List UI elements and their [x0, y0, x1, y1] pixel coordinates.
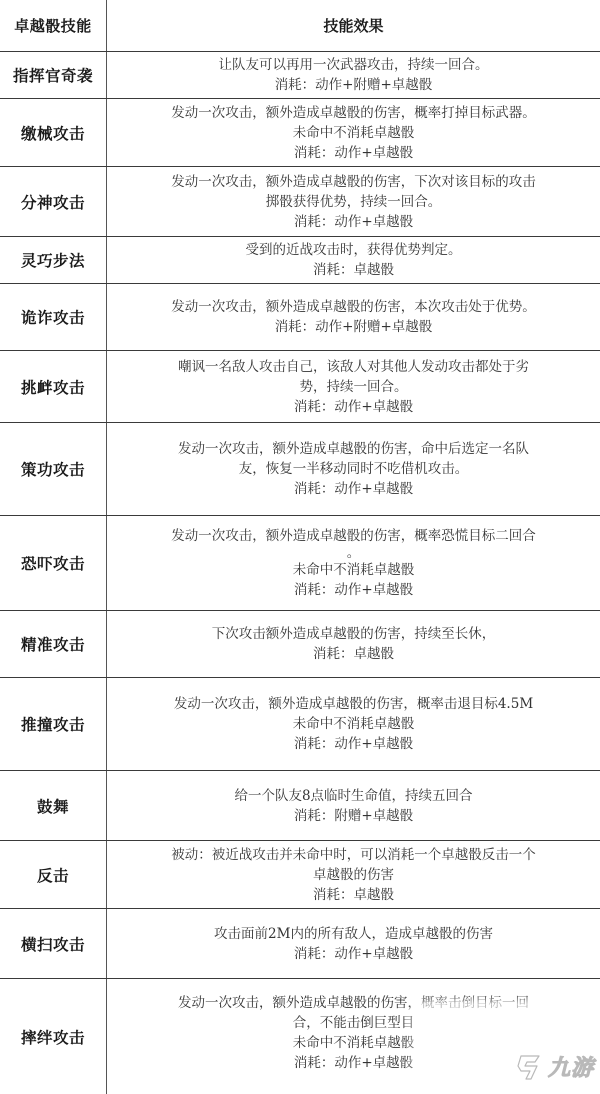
effect-line: 未命中不消耗卓越骰	[293, 714, 415, 734]
cost-line: 消耗：动作+卓越骰	[294, 1053, 413, 1073]
cost-line: 消耗：动作+卓越骰	[294, 944, 413, 964]
skill-effect: 发动一次攻击，额外造成卓越骰的伤害，下次对该目标的攻击 掷骰获得优势，持续一回合…	[107, 167, 600, 236]
effect-line: 势，持续一回合。	[300, 377, 408, 397]
cost-line: 消耗：动作+卓越骰	[294, 143, 413, 163]
skill-name: 恐吓攻击	[0, 516, 107, 610]
table-row: 分神攻击 发动一次攻击，额外造成卓越骰的伤害，下次对该目标的攻击 掷骰获得优势，…	[0, 167, 600, 237]
header-skill-name: 卓越骰技能	[0, 0, 107, 51]
skill-effect: 发动一次攻击，额外造成卓越骰的伤害，命中后选定一名队 友，恢复一半移动同时不吃借…	[107, 423, 600, 515]
skill-effect: 下次攻击额外造成卓越骰的伤害，持续至长休， 消耗：卓越骰	[107, 611, 600, 677]
cost-line: 消耗：动作+卓越骰	[294, 397, 413, 417]
watermark-overlay: 九游	[420, 1005, 600, 1094]
effect-line: 被动：被近战攻击并未命中时，可以消耗一个卓越骰反击一个	[171, 845, 536, 865]
table-row: 恐吓攻击 发动一次攻击，额外造成卓越骰的伤害，概率恐慌目标二回合 。 未命中不消…	[0, 516, 600, 611]
effect-line: 发动一次攻击，额外造成卓越骰的伤害，概率击退目标4.5M	[174, 694, 533, 714]
cost-line: 消耗：动作+附赠+卓越骰	[275, 75, 433, 95]
skill-effect: 发动一次攻击，额外造成卓越骰的伤害，概率击退目标4.5M 未命中不消耗卓越骰 消…	[107, 678, 600, 770]
table-row: 推撞攻击 发动一次攻击，额外造成卓越骰的伤害，概率击退目标4.5M 未命中不消耗…	[0, 678, 600, 771]
skill-name: 横扫攻击	[0, 909, 107, 978]
skill-name: 灵巧步法	[0, 237, 107, 283]
effect-line: 合，不能击倒巨型目	[293, 1013, 415, 1033]
effect-line: 攻击面前2M内的所有敌人，造成卓越骰的伤害	[214, 924, 493, 944]
cost-line: 消耗：卓越骰	[313, 644, 394, 664]
effect-line: 发动一次攻击，额外造成卓越骰的伤害，下次对该目标的攻击	[171, 172, 536, 192]
watermark-text: 九游	[548, 1051, 594, 1082]
skill-effect: 发动一次攻击，额外造成卓越骰的伤害，概率恐慌目标二回合 。 未命中不消耗卓越骰 …	[107, 516, 600, 610]
table-row: 横扫攻击 攻击面前2M内的所有敌人，造成卓越骰的伤害 消耗：动作+卓越骰	[0, 909, 600, 979]
skill-name: 分神攻击	[0, 167, 107, 236]
table-row: 指挥官奇袭 让队友可以再用一次武器攻击，持续一回合。 消耗：动作+附赠+卓越骰	[0, 52, 600, 99]
skill-effect: 嘲讽一名敌人攻击自己，该敌人对其他人发动攻击都处于劣 势，持续一回合。 消耗：动…	[107, 351, 600, 422]
table-row: 挑衅攻击 嘲讽一名敌人攻击自己，该敌人对其他人发动攻击都处于劣 势，持续一回合。…	[0, 351, 600, 423]
skill-name: 精准攻击	[0, 611, 107, 677]
table-row: 鼓舞 给一个队友8点临时生命值，持续五回合 消耗：附赠+卓越骰	[0, 771, 600, 841]
table-row: 策功攻击 发动一次攻击，额外造成卓越骰的伤害，命中后选定一名队 友，恢复一半移动…	[0, 423, 600, 516]
effect-line: 发动一次攻击，额外造成卓越骰的伤害，命中后选定一名队	[178, 439, 529, 459]
skill-name: 指挥官奇袭	[0, 52, 107, 98]
skill-name: 鼓舞	[0, 771, 107, 840]
skill-effect: 给一个队友8点临时生命值，持续五回合 消耗：附赠+卓越骰	[107, 771, 600, 840]
cost-line: 消耗：动作+附赠+卓越骰	[275, 317, 433, 337]
watermark-logo: 九游	[515, 1051, 594, 1082]
skill-name: 诡诈攻击	[0, 284, 107, 350]
cost-line: 消耗：动作+卓越骰	[294, 580, 413, 600]
effect-line: 受到的近战攻击时，获得优势判定。	[246, 240, 462, 260]
skill-name: 策功攻击	[0, 423, 107, 515]
cost-line: 消耗：动作+卓越骰	[294, 479, 413, 499]
skill-name: 缴械攻击	[0, 99, 107, 166]
effect-line: 给一个队友8点临时生命值，持续五回合	[234, 786, 472, 806]
skill-name: 反击	[0, 841, 107, 908]
effect-line: 卓越骰的伤害	[313, 865, 394, 885]
table-row: 灵巧步法 受到的近战攻击时，获得优势判定。 消耗：卓越骰	[0, 237, 600, 284]
effect-line: 未命中不消耗卓越骰	[293, 1033, 415, 1053]
cost-line: 消耗：动作+卓越骰	[294, 734, 413, 754]
effect-line: 发动一次攻击，额外造成卓越骰的伤害，本次攻击处于优势。	[171, 297, 536, 317]
skill-effect: 被动：被近战攻击并未命中时，可以消耗一个卓越骰反击一个 卓越骰的伤害 消耗：卓越…	[107, 841, 600, 908]
table-header: 卓越骰技能 技能效果	[0, 0, 600, 52]
cost-line: 消耗：附赠+卓越骰	[294, 806, 413, 826]
effect-line: 未命中不消耗卓越骰	[293, 123, 415, 143]
jiuyou-logo-icon	[515, 1052, 545, 1082]
header-skill-effect: 技能效果	[107, 0, 600, 51]
effect-line: 发动一次攻击，额外造成卓越骰的伤害，概率打掉目标武器。	[171, 103, 536, 123]
skill-effect: 发动一次攻击，额外造成卓越骰的伤害，本次攻击处于优势。 消耗：动作+附赠+卓越骰	[107, 284, 600, 350]
skill-name: 推撞攻击	[0, 678, 107, 770]
cost-line: 消耗：卓越骰	[313, 885, 394, 905]
table-row: 精准攻击 下次攻击额外造成卓越骰的伤害，持续至长休， 消耗：卓越骰	[0, 611, 600, 678]
effect-line: 。	[347, 546, 361, 560]
effect-line: 嘲讽一名敌人攻击自己，该敌人对其他人发动攻击都处于劣	[178, 357, 529, 377]
table-row: 诡诈攻击 发动一次攻击，额外造成卓越骰的伤害，本次攻击处于优势。 消耗：动作+附…	[0, 284, 600, 351]
effect-line: 掷骰获得优势，持续一回合。	[266, 192, 442, 212]
skill-effect: 发动一次攻击，额外造成卓越骰的伤害，概率打掉目标武器。 未命中不消耗卓越骰 消耗…	[107, 99, 600, 166]
skill-name: 摔绊攻击	[0, 979, 107, 1094]
effect-line: 未命中不消耗卓越骰	[293, 560, 415, 580]
effect-line: 发动一次攻击，额外造成卓越骰的伤害，概率恐慌目标二回合	[171, 526, 536, 546]
cost-line: 消耗：动作+卓越骰	[294, 212, 413, 232]
cost-line: 消耗：卓越骰	[313, 260, 394, 280]
effect-line: 下次攻击额外造成卓越骰的伤害，持续至长休，	[212, 624, 496, 644]
skill-effect: 让队友可以再用一次武器攻击，持续一回合。 消耗：动作+附赠+卓越骰	[107, 52, 600, 98]
table-row: 缴械攻击 发动一次攻击，额外造成卓越骰的伤害，概率打掉目标武器。 未命中不消耗卓…	[0, 99, 600, 167]
skill-name: 挑衅攻击	[0, 351, 107, 422]
skill-effect: 受到的近战攻击时，获得优势判定。 消耗：卓越骰	[107, 237, 600, 283]
skill-effect: 攻击面前2M内的所有敌人，造成卓越骰的伤害 消耗：动作+卓越骰	[107, 909, 600, 978]
effect-line: 友，恢复一半移动同时不吃借机攻击。	[239, 459, 469, 479]
table-row: 反击 被动：被近战攻击并未命中时，可以消耗一个卓越骰反击一个 卓越骰的伤害 消耗…	[0, 841, 600, 909]
effect-line: 让队友可以再用一次武器攻击，持续一回合。	[219, 55, 489, 75]
